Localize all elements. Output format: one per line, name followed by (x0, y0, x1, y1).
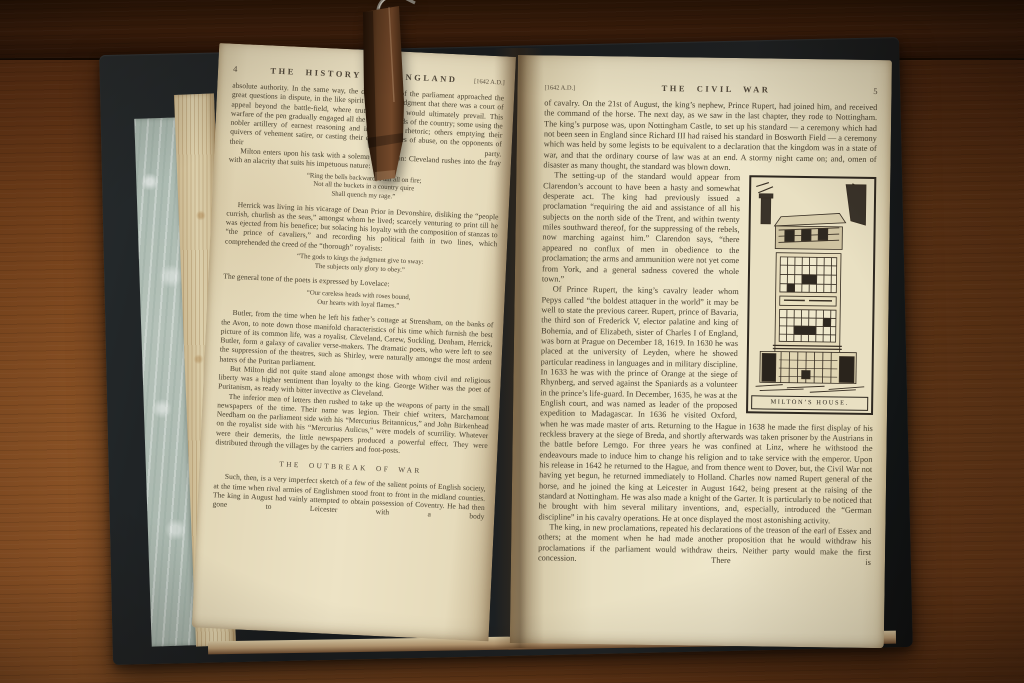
wooden-clothespin-clip (342, 0, 422, 197)
paragraph: The king, in new proclamations, repeated… (538, 522, 872, 568)
right-running-head: [1642 A.D.] THE CIVIL WAR 5 (544, 81, 877, 96)
house-woodcut-drawing (751, 181, 871, 395)
right-page-body: of cavalry. On the 21st of August, the k… (538, 98, 877, 568)
paragraph: The inferior men of letters then rushed … (215, 391, 489, 459)
left-date-marker: [1642 A.D.] (461, 77, 505, 86)
right-page: [1642 A.D.] THE CIVIL WAR 5 of cavalry. … (510, 55, 892, 648)
photo-scene: 4 THE HISTORY OF ENGLAND [1642 A.D.] abs… (0, 0, 1024, 683)
paragraph: of cavalry. On the 21st of August, the k… (543, 98, 877, 175)
right-date-marker: [1642 A.D.] (544, 84, 588, 92)
right-running-title: THE CIVIL WAR (588, 83, 843, 96)
paragraph: Such, then, is a very imperfect sketch o… (212, 472, 485, 522)
paragraph: Herrick was living in his vicarage of De… (225, 199, 499, 258)
illustration-caption: MILTON’S HOUSE. (751, 395, 868, 411)
right-page-number: 5 (843, 86, 877, 96)
miltons-house-engraving: MILTON’S HOUSE. (746, 176, 876, 416)
left-page-number: 4 (233, 64, 267, 76)
